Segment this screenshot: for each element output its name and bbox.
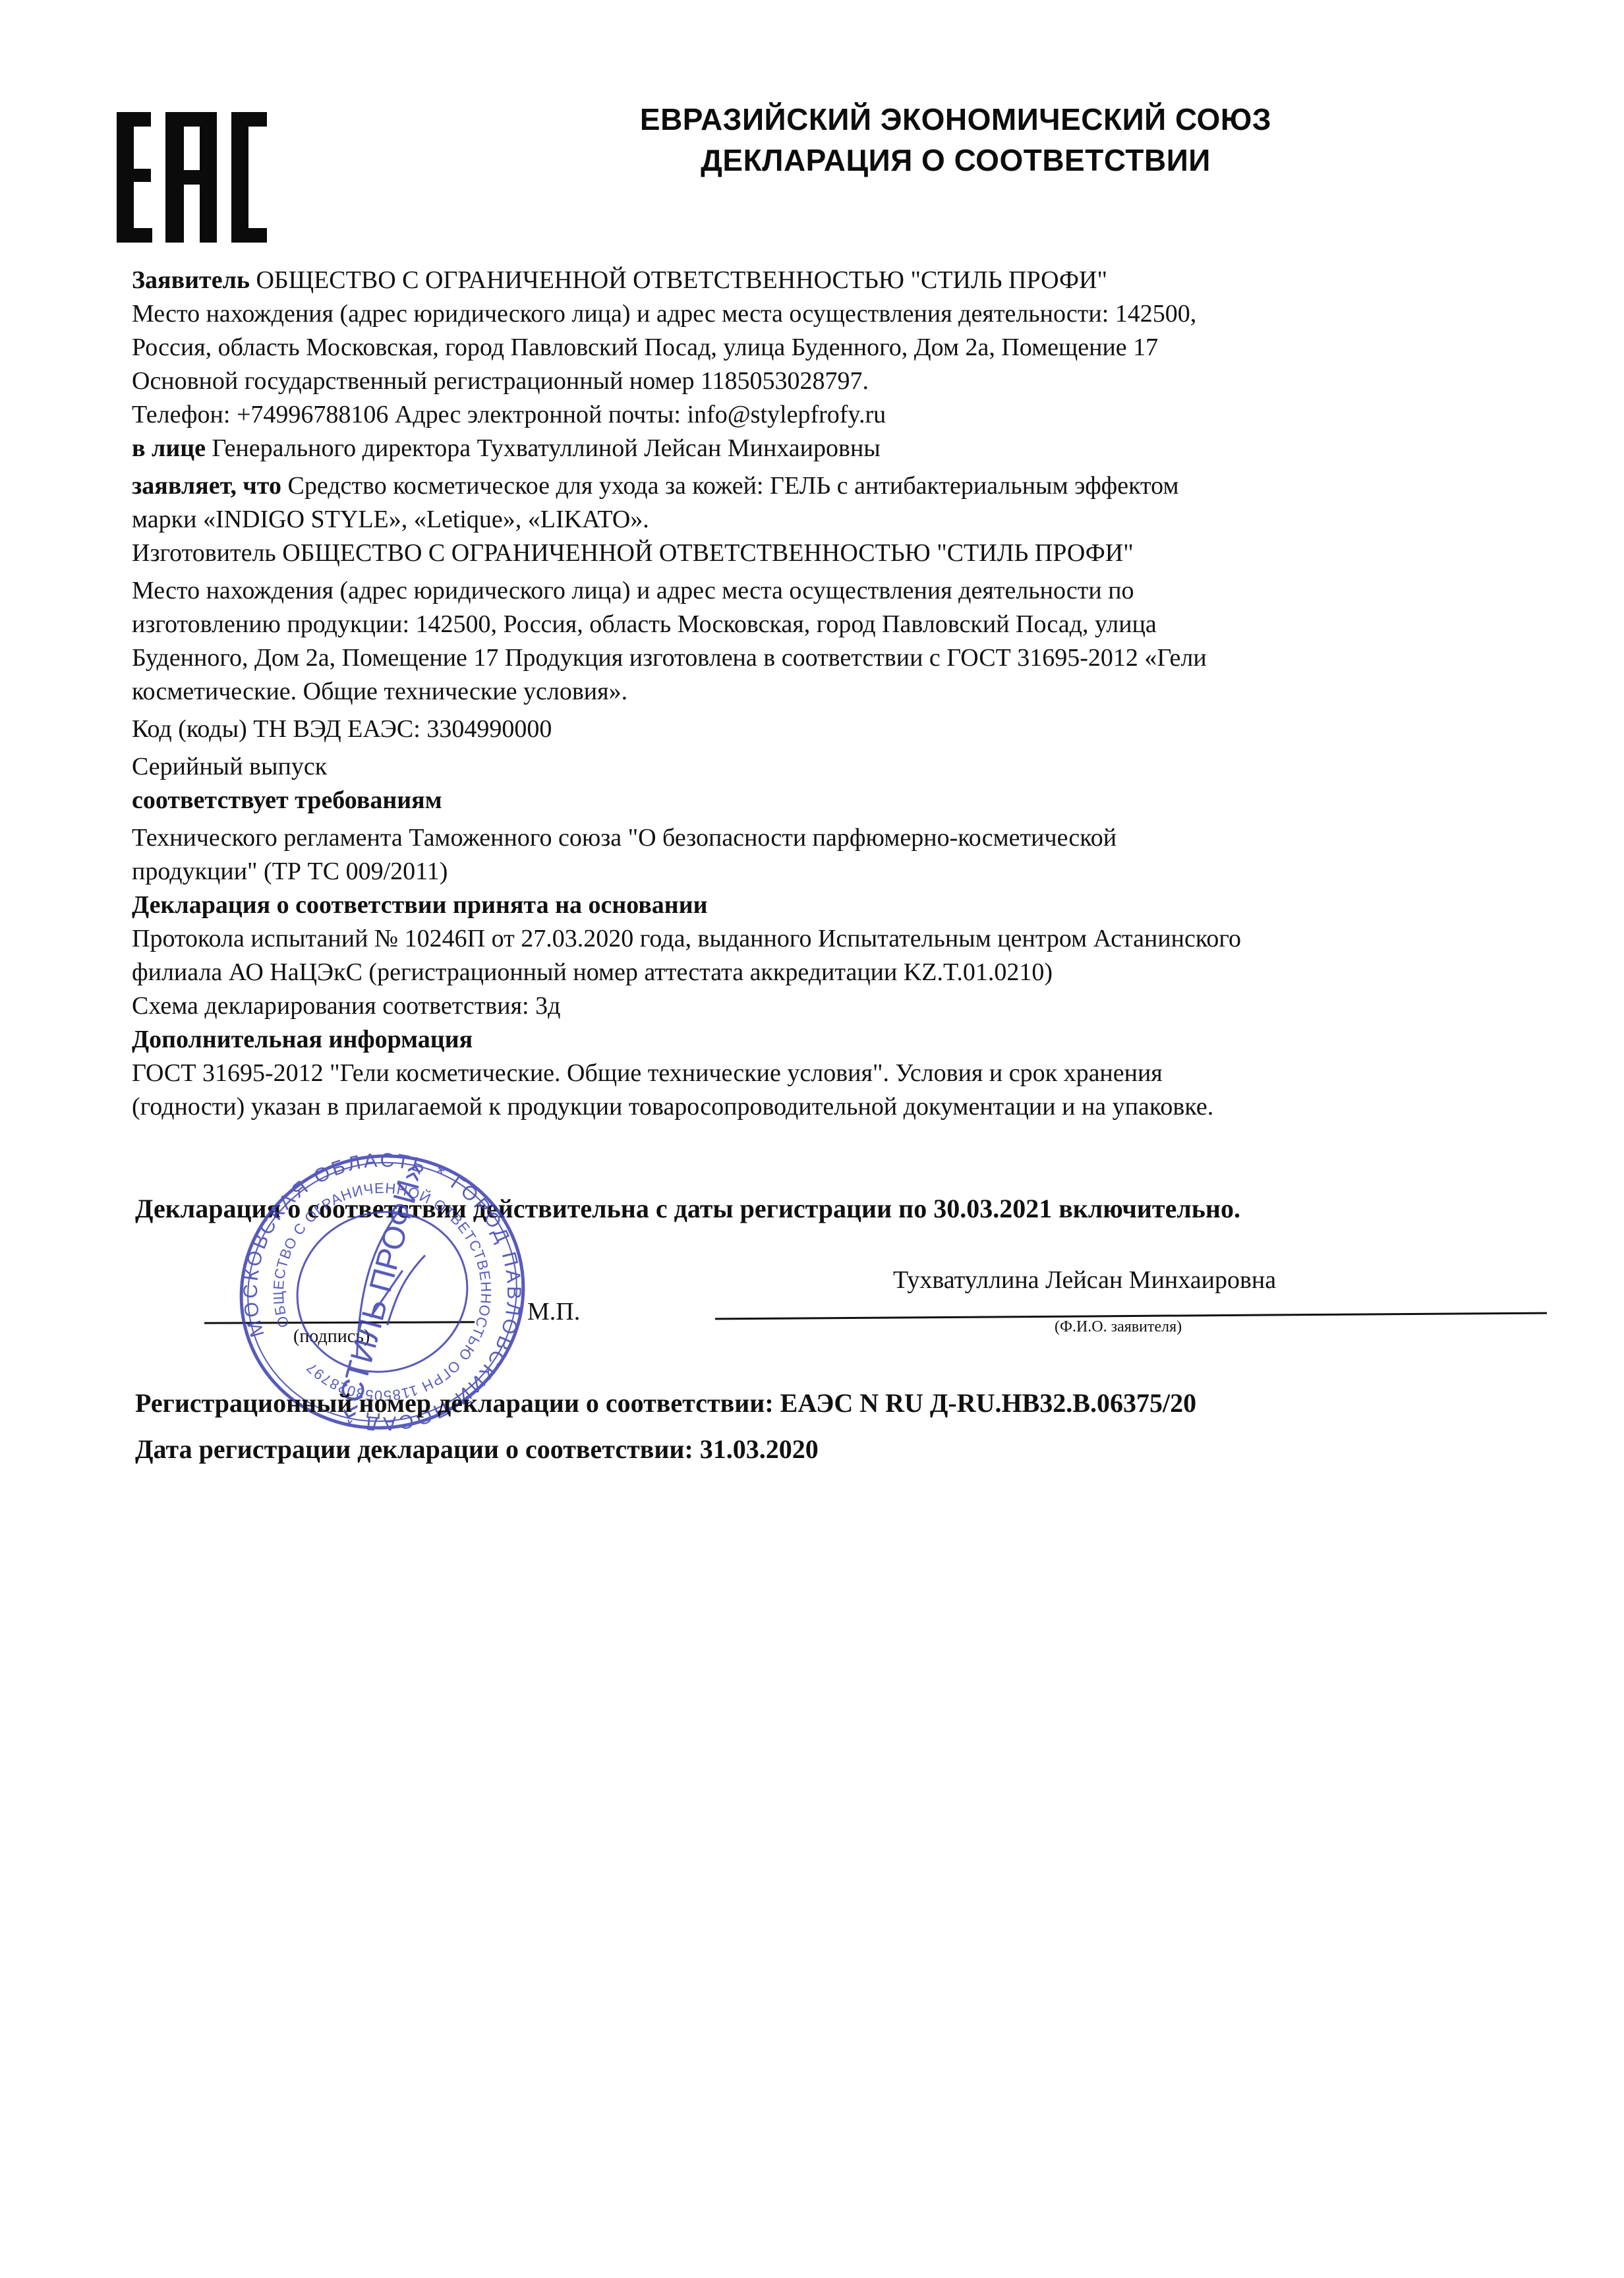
product-brands: марки «INDIGO STYLE», «Letique», «LIKATO… (132, 503, 1549, 537)
manufacturer-line-5: косметические. Общие технические условия… (132, 675, 1549, 709)
applicant-ogrn: Основной государственный регистрационный… (132, 365, 1549, 398)
applicant-name: ОБЩЕСТВО С ОГРАНИЧЕННОЙ ОТВЕТСТВЕННОСТЬЮ… (256, 266, 1107, 294)
applicant-full-name: Тухватуллина Лейсан Минхаировна (893, 1266, 1276, 1295)
name-caption: (Ф.И.О. заявителя) (1055, 1318, 1182, 1336)
basis-line-2: филиала АО НаЦЭкС (регистрационный номер… (132, 956, 1549, 989)
represented-by: Генерального директора Тухватуллиной Лей… (212, 434, 881, 462)
hs-code: Код (коды) ТН ВЭД ЕАЭС: 3304990000 (132, 713, 1549, 746)
manufacturer-line-1: Изготовитель ОБЩЕСТВО С ОГРАНИЧЕННОЙ ОТВ… (132, 537, 1549, 570)
declares-label: заявляет, что (132, 472, 281, 500)
signature-line (204, 1321, 475, 1324)
release-type: Серийный выпуск (132, 750, 1549, 784)
stamp-place-label: М.П. (527, 1297, 580, 1326)
regulation-line-1: Технического регламента Таможенного союз… (132, 821, 1549, 855)
manufacturer-line-4: Буденного, Дом 2а, Помещение 17 Продукци… (132, 641, 1549, 675)
union-title: ЕВРАЗИЙСКИЙ ЭКОНОМИЧЕСКИЙ СОЮЗ (461, 99, 1450, 140)
eac-mark-icon (117, 112, 267, 243)
represented-label: в лице (132, 434, 206, 462)
regulation-line-2: продукции" (ТР ТС 009/2011) (132, 855, 1549, 889)
additional-info-line-1: ГОСТ 31695-2012 "Гели косметические. Общ… (132, 1057, 1549, 1090)
applicant-address-2: Россия, область Московская, город Павлов… (132, 331, 1549, 365)
registration-date: Дата регистрации декларации о соответств… (135, 1434, 819, 1465)
conforms-label: соответствует требованиям (132, 784, 1549, 817)
applicant-label: Заявитель (132, 266, 250, 294)
applicant-address-1: Место нахождения (адрес юридического лиц… (132, 297, 1549, 331)
represented-line: в лице Генерального директора Тухватулли… (132, 432, 1549, 465)
declares-line: заявляет, что Средство косметическое для… (132, 469, 1549, 503)
basis-label: Декларация о соответствии принята на осн… (132, 889, 1549, 922)
declaration-scheme: Схема декларирования соответствия: 3д (132, 989, 1549, 1023)
additional-info-label: Дополнительная информация (132, 1023, 1549, 1057)
applicant-line: Заявитель ОБЩЕСТВО С ОГРАНИЧЕННОЙ ОТВЕТС… (132, 264, 1549, 297)
manufacturer-line-3: изготовлению продукции: 142500, Россия, … (132, 608, 1549, 641)
additional-info-line-2: (годности) указан в прилагаемой к продук… (132, 1090, 1549, 1124)
registration-number: Регистрационный номер декларации о соотв… (135, 1387, 1196, 1418)
signature-caption: (подпись) (293, 1326, 370, 1347)
document-header: ЕВРАЗИЙСКИЙ ЭКОНОМИЧЕСКИЙ СОЮЗ ДЕКЛАРАЦИ… (461, 99, 1450, 181)
declaration-body: Заявитель ОБЩЕСТВО С ОГРАНИЧЕННОЙ ОТВЕТС… (132, 264, 1549, 1124)
document-title: ДЕКЛАРАЦИЯ О СООТВЕТСТВИИ (461, 140, 1450, 181)
validity-statement: Декларация о соответствии действительна … (135, 1193, 1240, 1224)
manufacturer-line-2: Место нахождения (адрес юридического лиц… (132, 574, 1549, 608)
applicant-contacts: Телефон: +74996788106 Адрес электронной … (132, 398, 1549, 432)
basis-line-1: Протокола испытаний № 10246П от 27.03.20… (132, 922, 1549, 956)
product-description: Средство косметическое для ухода за коже… (288, 472, 1179, 500)
